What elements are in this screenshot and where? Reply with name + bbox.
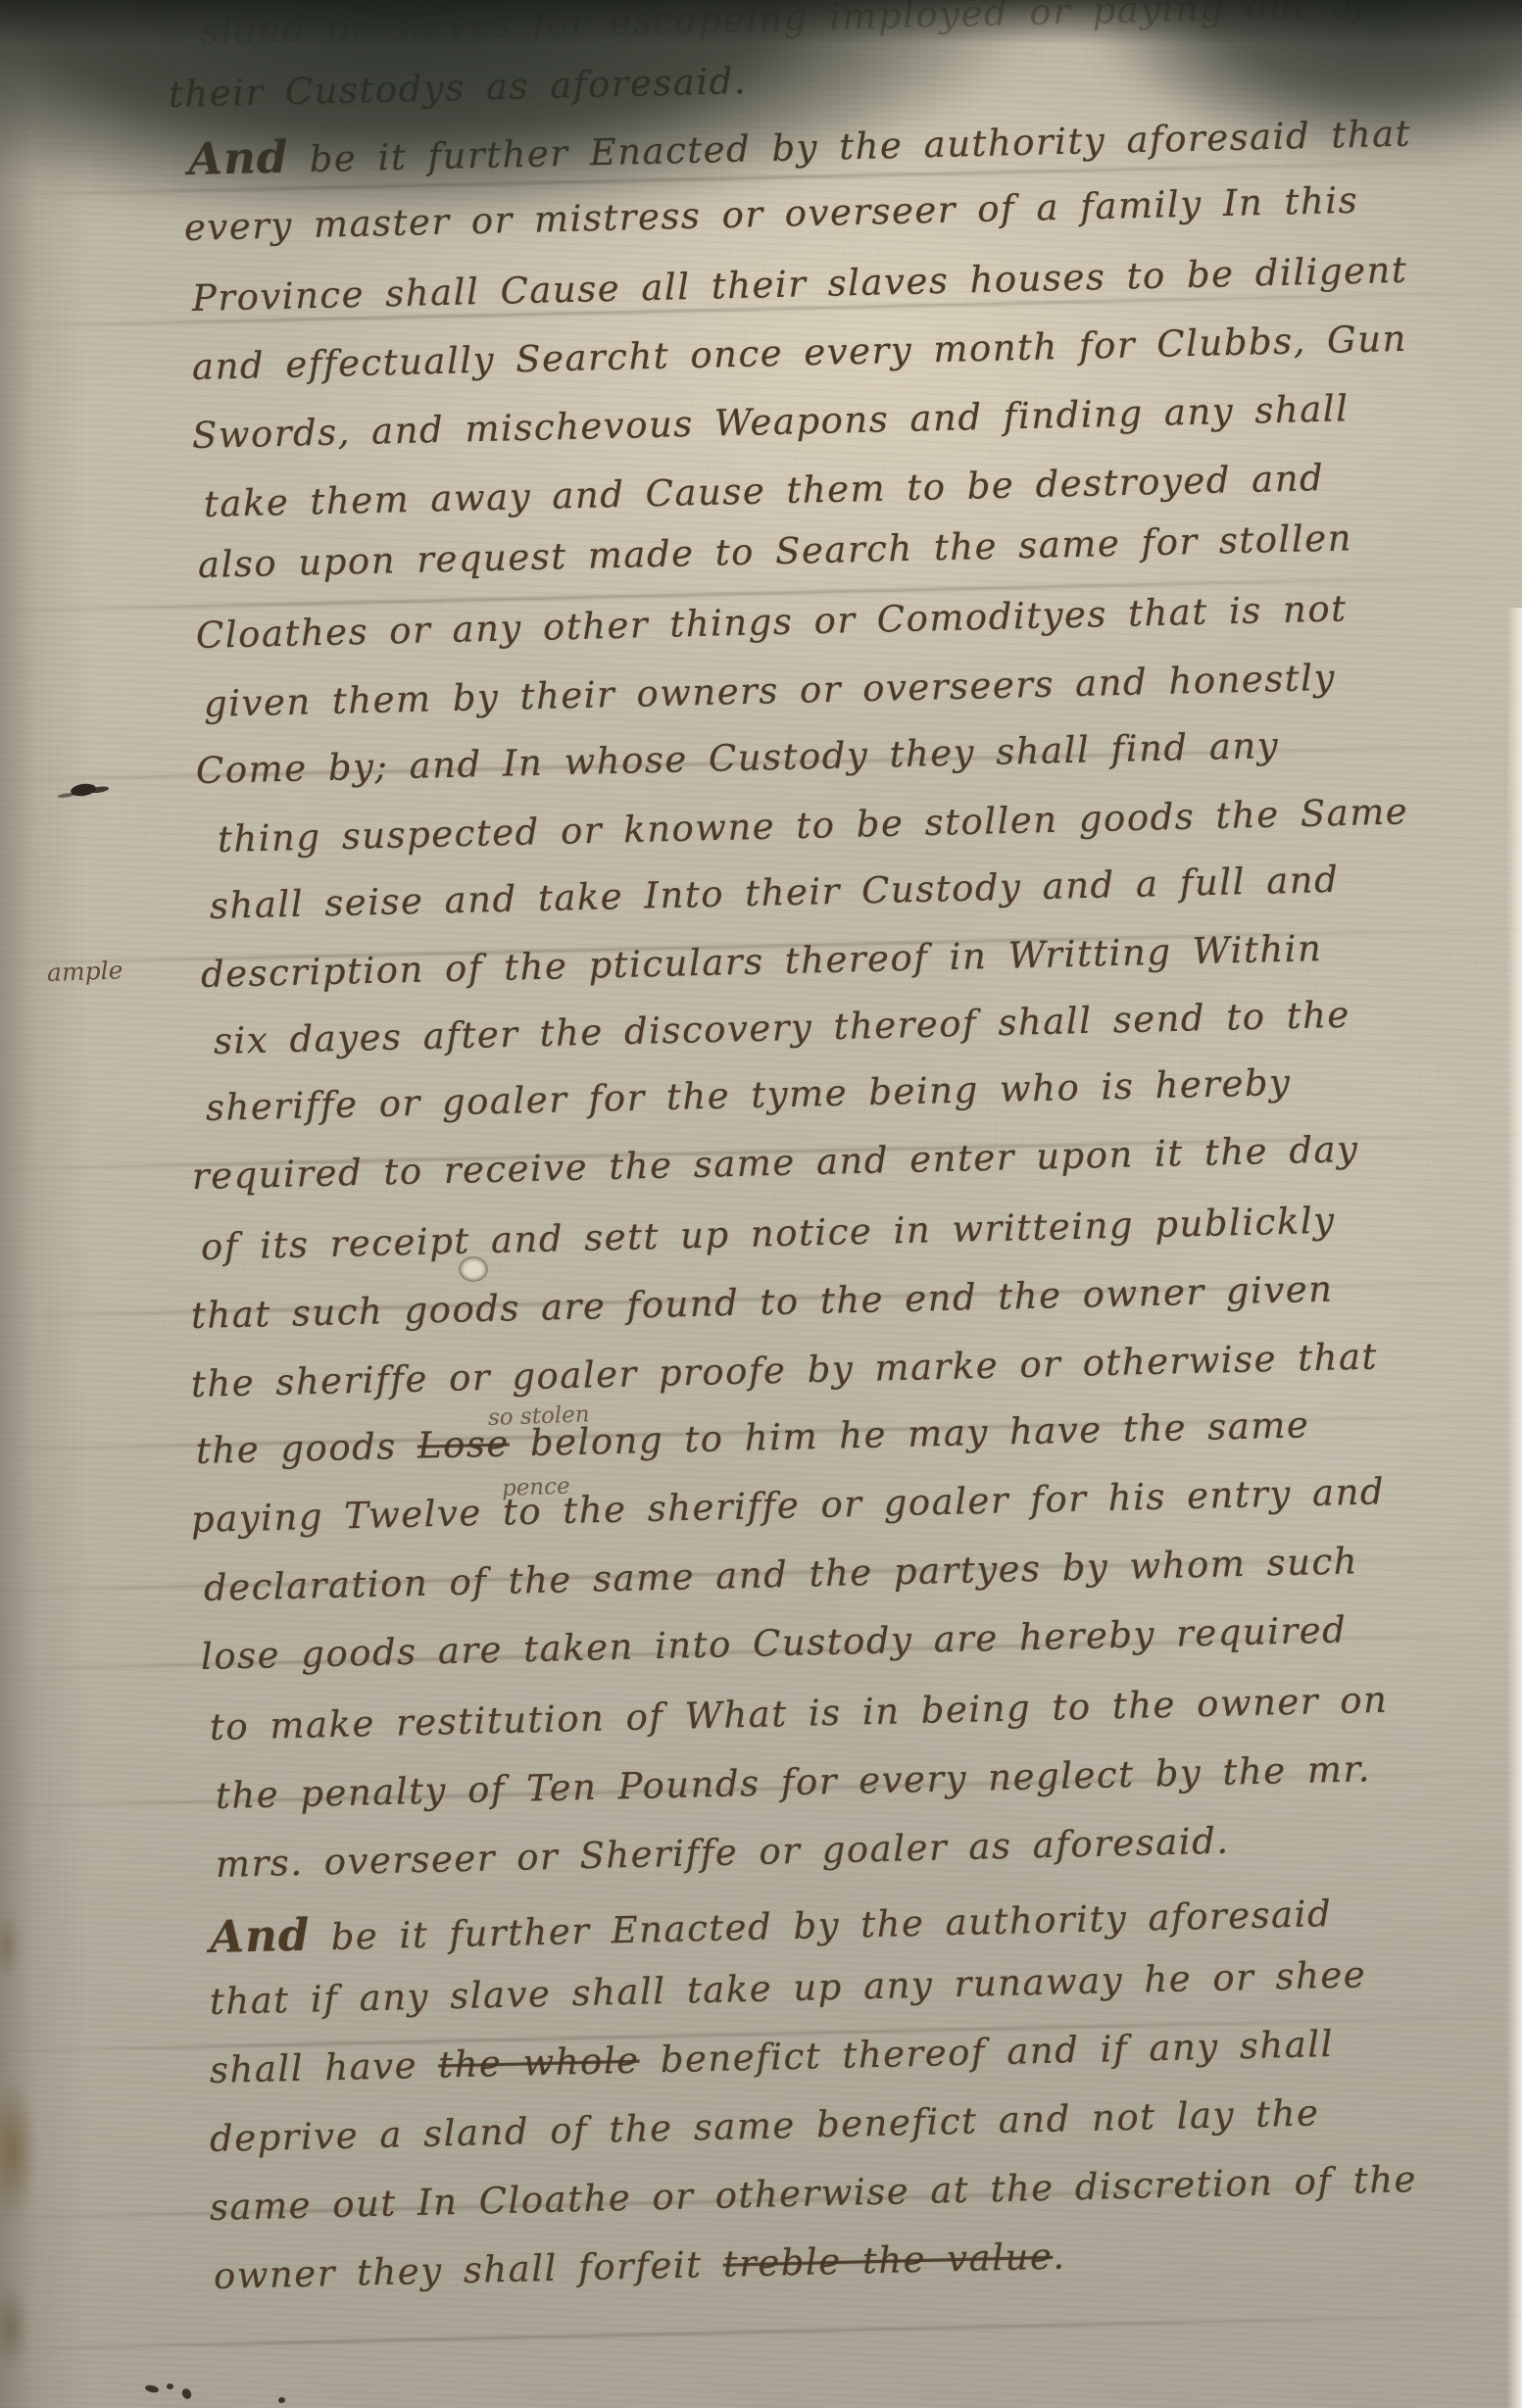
manuscript-line: thing suspected or knowne to be stollen … bbox=[218, 793, 1409, 858]
manuscript-line: take them away and Cause them to be dest… bbox=[204, 460, 1325, 522]
manuscript-line: Come by; and In whose Custody they shall… bbox=[196, 727, 1280, 789]
manuscript-line: also upon request made to Search the sam… bbox=[198, 519, 1353, 583]
manuscript-line: same out In Cloathe or otherwise at the … bbox=[210, 2161, 1418, 2226]
margin-note: ample bbox=[46, 956, 123, 987]
manuscript-line: shall have the whole benefict thereof an… bbox=[210, 2026, 1335, 2089]
manuscript-line: lose goods are taken into Custody are he… bbox=[201, 1611, 1348, 1675]
manuscript-line: to make restitution of What is in being … bbox=[210, 1682, 1389, 1745]
manuscript-line: the goods Lose belong to him he may have… bbox=[196, 1406, 1310, 1469]
manuscript-line: required to receive the same and enter u… bbox=[192, 1131, 1359, 1195]
manuscript-line: declaration of the same and the partyes … bbox=[204, 1543, 1359, 1606]
manuscript-line: owner they shall forfeit treble the valu… bbox=[214, 2238, 1066, 2294]
camera-shadow-top-strip bbox=[0, 0, 1522, 45]
manuscript-line: paying Twelve to the sheriffe or goaler … bbox=[191, 1473, 1386, 1538]
manuscript-line: of its receipt and sett up notice in wri… bbox=[201, 1203, 1336, 1265]
manuscript-text-layer: sland or slaves for escapeing imployed o… bbox=[0, 0, 1522, 2408]
manuscript-line: mrs. overseer or Sheriffe or goaler as a… bbox=[216, 1823, 1230, 1883]
manuscript-line: description of the pticulars thereof in … bbox=[201, 930, 1323, 993]
manuscript-line: sheriffe or goaler for the tyme being wh… bbox=[206, 1064, 1292, 1126]
interlineation-so-stolen: so stolen bbox=[488, 1401, 590, 1431]
manuscript-line: the penalty of Ten Pounds for every negl… bbox=[216, 1750, 1372, 1814]
manuscript-line: shall seise and take Into their Custody … bbox=[210, 861, 1340, 924]
interlineation-pence: pence bbox=[502, 1474, 571, 1501]
manuscript-line: Swords, and mischevous Weapons and findi… bbox=[192, 390, 1350, 454]
manuscript-line: And be it further Enacted by the authori… bbox=[209, 1889, 1332, 1959]
manuscript-line: that such goods are found to the end the… bbox=[191, 1271, 1334, 1334]
manuscript-line: that if any slave shall take up any runa… bbox=[210, 1956, 1367, 2020]
manuscript-line: Province shall Cause all their slaves ho… bbox=[192, 252, 1408, 317]
manuscript-line: six dayes after the discovery thereof sh… bbox=[214, 997, 1351, 1059]
manuscript-line: deprive a sland of the same benefict and… bbox=[210, 2094, 1320, 2157]
manuscript-line: given them by their owners or overseers … bbox=[204, 660, 1337, 722]
manuscript-photo: sland or slaves for escapeing imployed o… bbox=[0, 0, 1522, 2408]
manuscript-line: and effectually Searcht once every month… bbox=[192, 320, 1408, 385]
manuscript-line: the sheriffe or goaler proofe by marke o… bbox=[191, 1338, 1379, 1402]
manuscript-line: Cloathes or any other things or Comodity… bbox=[196, 590, 1348, 654]
